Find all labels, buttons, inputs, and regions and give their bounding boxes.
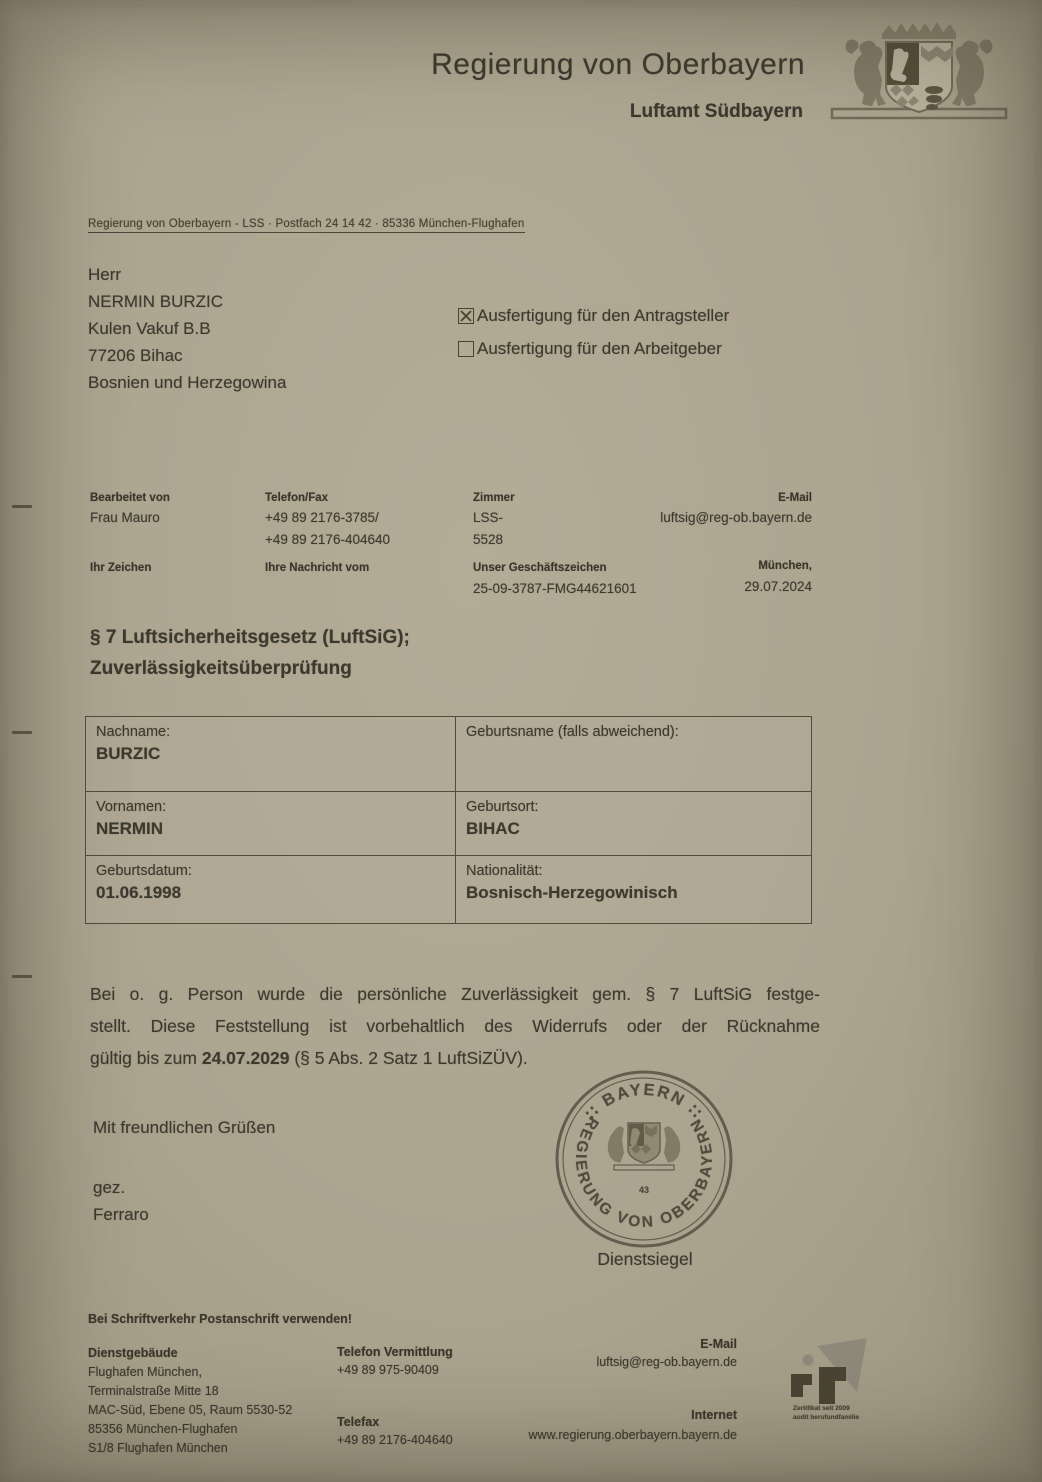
footer-email-value: luftsig@reg-ob.bayern.de	[596, 1355, 737, 1369]
our-reference-label: Unser Geschäftszeichen	[473, 562, 607, 574]
phone-value: +49 89 2176-3785/	[265, 510, 379, 525]
page-subtitle: Luftamt Südbayern	[630, 101, 803, 123]
office-address-line: Terminalstraße Mitte 18	[88, 1382, 292, 1401]
table-cell-nationalitaet: Nationalität: Bosnisch-Herzegowinisch	[456, 856, 811, 923]
cell-value	[466, 744, 801, 764]
return-address: Regierung von Oberbayern - LSS · Postfac…	[88, 218, 525, 233]
cell-label: Geburtsdatum:	[96, 863, 445, 879]
cell-label: Geburtsort:	[466, 799, 801, 815]
seal-top-text: ∷ BAYERN ∷	[582, 1081, 705, 1123]
your-reference-label: Ihr Zeichen	[90, 562, 151, 574]
body-line-2: stellt. Diese Feststellung ist vorbehalt…	[90, 1010, 820, 1042]
room-value-line2: 5528	[473, 532, 503, 547]
cell-value: Bosnisch-Herzegowinisch	[466, 883, 801, 903]
footer-phone-label: Telefon Vermittlung	[337, 1345, 453, 1359]
checkbox-checked-icon	[458, 308, 474, 324]
cell-label: Nationalität:	[466, 863, 801, 879]
subject-line: § 7 Luftsicherheitsgesetz (LuftSiG); Zuv…	[90, 622, 410, 684]
copy-for-applicant-label: Ausfertigung für den Antragsteller	[477, 306, 729, 326]
processed-by-value: Frau Mauro	[90, 510, 160, 525]
official-round-seal-icon: ∷ BAYERN ∷ REGIERUNG VON OBERBAYERN 43	[553, 1068, 735, 1250]
logo-caption-line2: audit berufundfamilie	[793, 1414, 859, 1421]
subject-line-2: Zuverlässigkeitsüberprüfung	[90, 653, 410, 684]
signer-name: Ferraro	[93, 1205, 149, 1225]
email-label: E-Mail	[778, 492, 812, 504]
table-row: Geburtsdatum: 01.06.1998 Nationalität: B…	[86, 855, 811, 923]
page-title: Regierung von Oberbayern	[431, 48, 805, 82]
subject-line-1: § 7 Luftsicherheitsgesetz (LuftSiG);	[90, 622, 410, 653]
valid-until-date: 24.07.2029	[202, 1048, 290, 1068]
body-line-1: Bei o. g. Person wurde die persönliche Z…	[90, 978, 820, 1010]
recipient-line: 77206 Bihac	[88, 342, 286, 369]
footer-office-address: Dienstgebäude Flughafen München, Termina…	[88, 1344, 292, 1458]
footer-notice: Bei Schriftverkehr Postanschrift verwend…	[88, 1312, 352, 1326]
copy-for-employer-label: Ausfertigung für den Arbeitgeber	[477, 339, 722, 359]
footer-internet-value: www.regierung.oberbayern.bayern.de	[529, 1428, 737, 1442]
body-line-3-pre: gültig bis zum	[90, 1048, 202, 1068]
office-address-line: Flughafen München,	[88, 1363, 292, 1382]
signed-abbreviation: gez.	[93, 1178, 125, 1198]
svg-text:∷ BAYERN ∷: ∷ BAYERN ∷	[582, 1081, 705, 1123]
fold-mark	[12, 731, 32, 734]
body-paragraph: Bei o. g. Person wurde die persönliche Z…	[90, 978, 820, 1074]
office-address-line: S1/8 Flughafen München	[88, 1439, 292, 1458]
seal-caption: Dienstsiegel	[556, 1249, 734, 1270]
cell-value: BIHAC	[466, 819, 801, 839]
office-address-line: 85356 München-Flughafen	[88, 1420, 292, 1439]
closing-greeting: Mit freundlichen Grüßen	[93, 1118, 275, 1138]
room-value-line1: LSS-	[473, 510, 503, 525]
cell-value: BURZIC	[96, 744, 445, 764]
table-row: Vornamen: NERMIN Geburtsort: BIHAC	[86, 791, 811, 855]
office-address-line: MAC-Süd, Ebene 05, Raum 5530-52	[88, 1401, 292, 1420]
bavaria-coat-of-arms-icon	[826, 10, 1012, 122]
processed-by-label: Bearbeitet von	[90, 492, 170, 504]
cell-label: Geburtsname (falls abweichend):	[466, 724, 801, 740]
cell-label: Nachname:	[96, 724, 445, 740]
phone-fax-label: Telefon/Fax	[265, 492, 328, 504]
footer-phone-value: +49 89 975-90409	[337, 1363, 439, 1377]
recipient-line: Bosnien und Herzegowina	[88, 369, 286, 396]
fold-mark	[12, 505, 32, 508]
table-row: Nachname: BURZIC Geburtsname (falls abwe…	[86, 717, 811, 791]
email-value: luftsig@reg-ob.bayern.de	[660, 510, 812, 525]
table-cell-vornamen: Vornamen: NERMIN	[86, 792, 456, 855]
your-message-label: Ihre Nachricht vom	[265, 562, 369, 574]
footer-internet-label: Internet	[691, 1408, 737, 1422]
footer-fax-label: Telefax	[337, 1415, 379, 1429]
recipient-line: Herr	[88, 261, 286, 288]
fax-value: +49 89 2176-404640	[265, 532, 390, 547]
table-cell-geburtsname: Geburtsname (falls abweichend):	[456, 717, 811, 791]
table-cell-geburtsort: Geburtsort: BIHAC	[456, 792, 811, 855]
seal-number: 43	[639, 1185, 649, 1195]
body-line-3-post: (§ 5 Abs. 2 Satz 1 LuftSiZÜV).	[289, 1048, 527, 1068]
person-data-table: Nachname: BURZIC Geburtsname (falls abwe…	[85, 716, 812, 924]
audit-berufundfamilie-logo-icon: Zertifikat seit 2009 audit berufundfamil…	[783, 1336, 875, 1440]
cell-label: Vornamen:	[96, 799, 445, 815]
copy-for-applicant-row: Ausfertigung für den Antragsteller	[458, 306, 729, 326]
table-cell-geburtsdatum: Geburtsdatum: 01.06.1998	[86, 856, 456, 923]
recipient-line: Kulen Vakuf B.B	[88, 315, 286, 342]
table-cell-nachname: Nachname: BURZIC	[86, 717, 456, 791]
checkbox-unchecked-icon	[458, 341, 474, 357]
footer-fax-value: +49 89 2176-404640	[337, 1433, 453, 1447]
scanned-letter-page: Regierung von Oberbayern Luftamt Südbaye…	[0, 0, 1042, 1482]
room-label: Zimmer	[473, 492, 515, 504]
footer-email-label: E-Mail	[700, 1337, 737, 1351]
recipient-address: Herr NERMIN BURZIC Kulen Vakuf B.B 77206…	[88, 261, 286, 396]
fold-mark	[12, 975, 32, 978]
cell-value: NERMIN	[96, 819, 445, 839]
city-label: München,	[758, 560, 812, 572]
letter-date: 29.07.2024	[744, 579, 812, 594]
logo-caption-line1: Zertifikat seit 2009	[793, 1405, 850, 1412]
recipient-name: NERMIN BURZIC	[88, 288, 286, 315]
our-reference-value: 25-09-3787-FMG44621601	[473, 581, 637, 596]
cell-value: 01.06.1998	[96, 883, 445, 903]
copy-for-employer-row: Ausfertigung für den Arbeitgeber	[458, 339, 722, 359]
office-building-label: Dienstgebäude	[88, 1344, 292, 1363]
